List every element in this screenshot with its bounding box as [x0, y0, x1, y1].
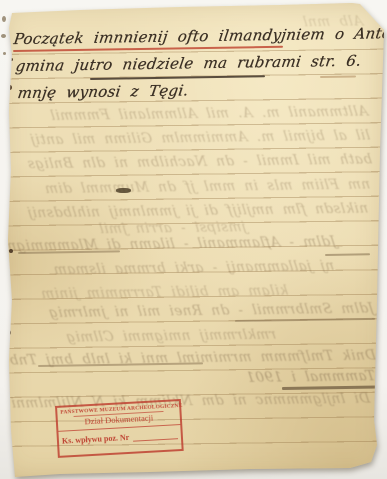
paper-vignette: [0, 0, 387, 479]
paper: Alb mnl Alltmmanil m. A. mil Allmmlanil …: [0, 0, 387, 479]
scanned-document: Alb mnl Alltmmanil m. A. mil Allmmlanil …: [0, 0, 387, 479]
paper-sheet: Alb mnl Alltmmanil m. A. mil Allmmlanil …: [0, 0, 387, 479]
ink-speck: [7, 167, 10, 171]
